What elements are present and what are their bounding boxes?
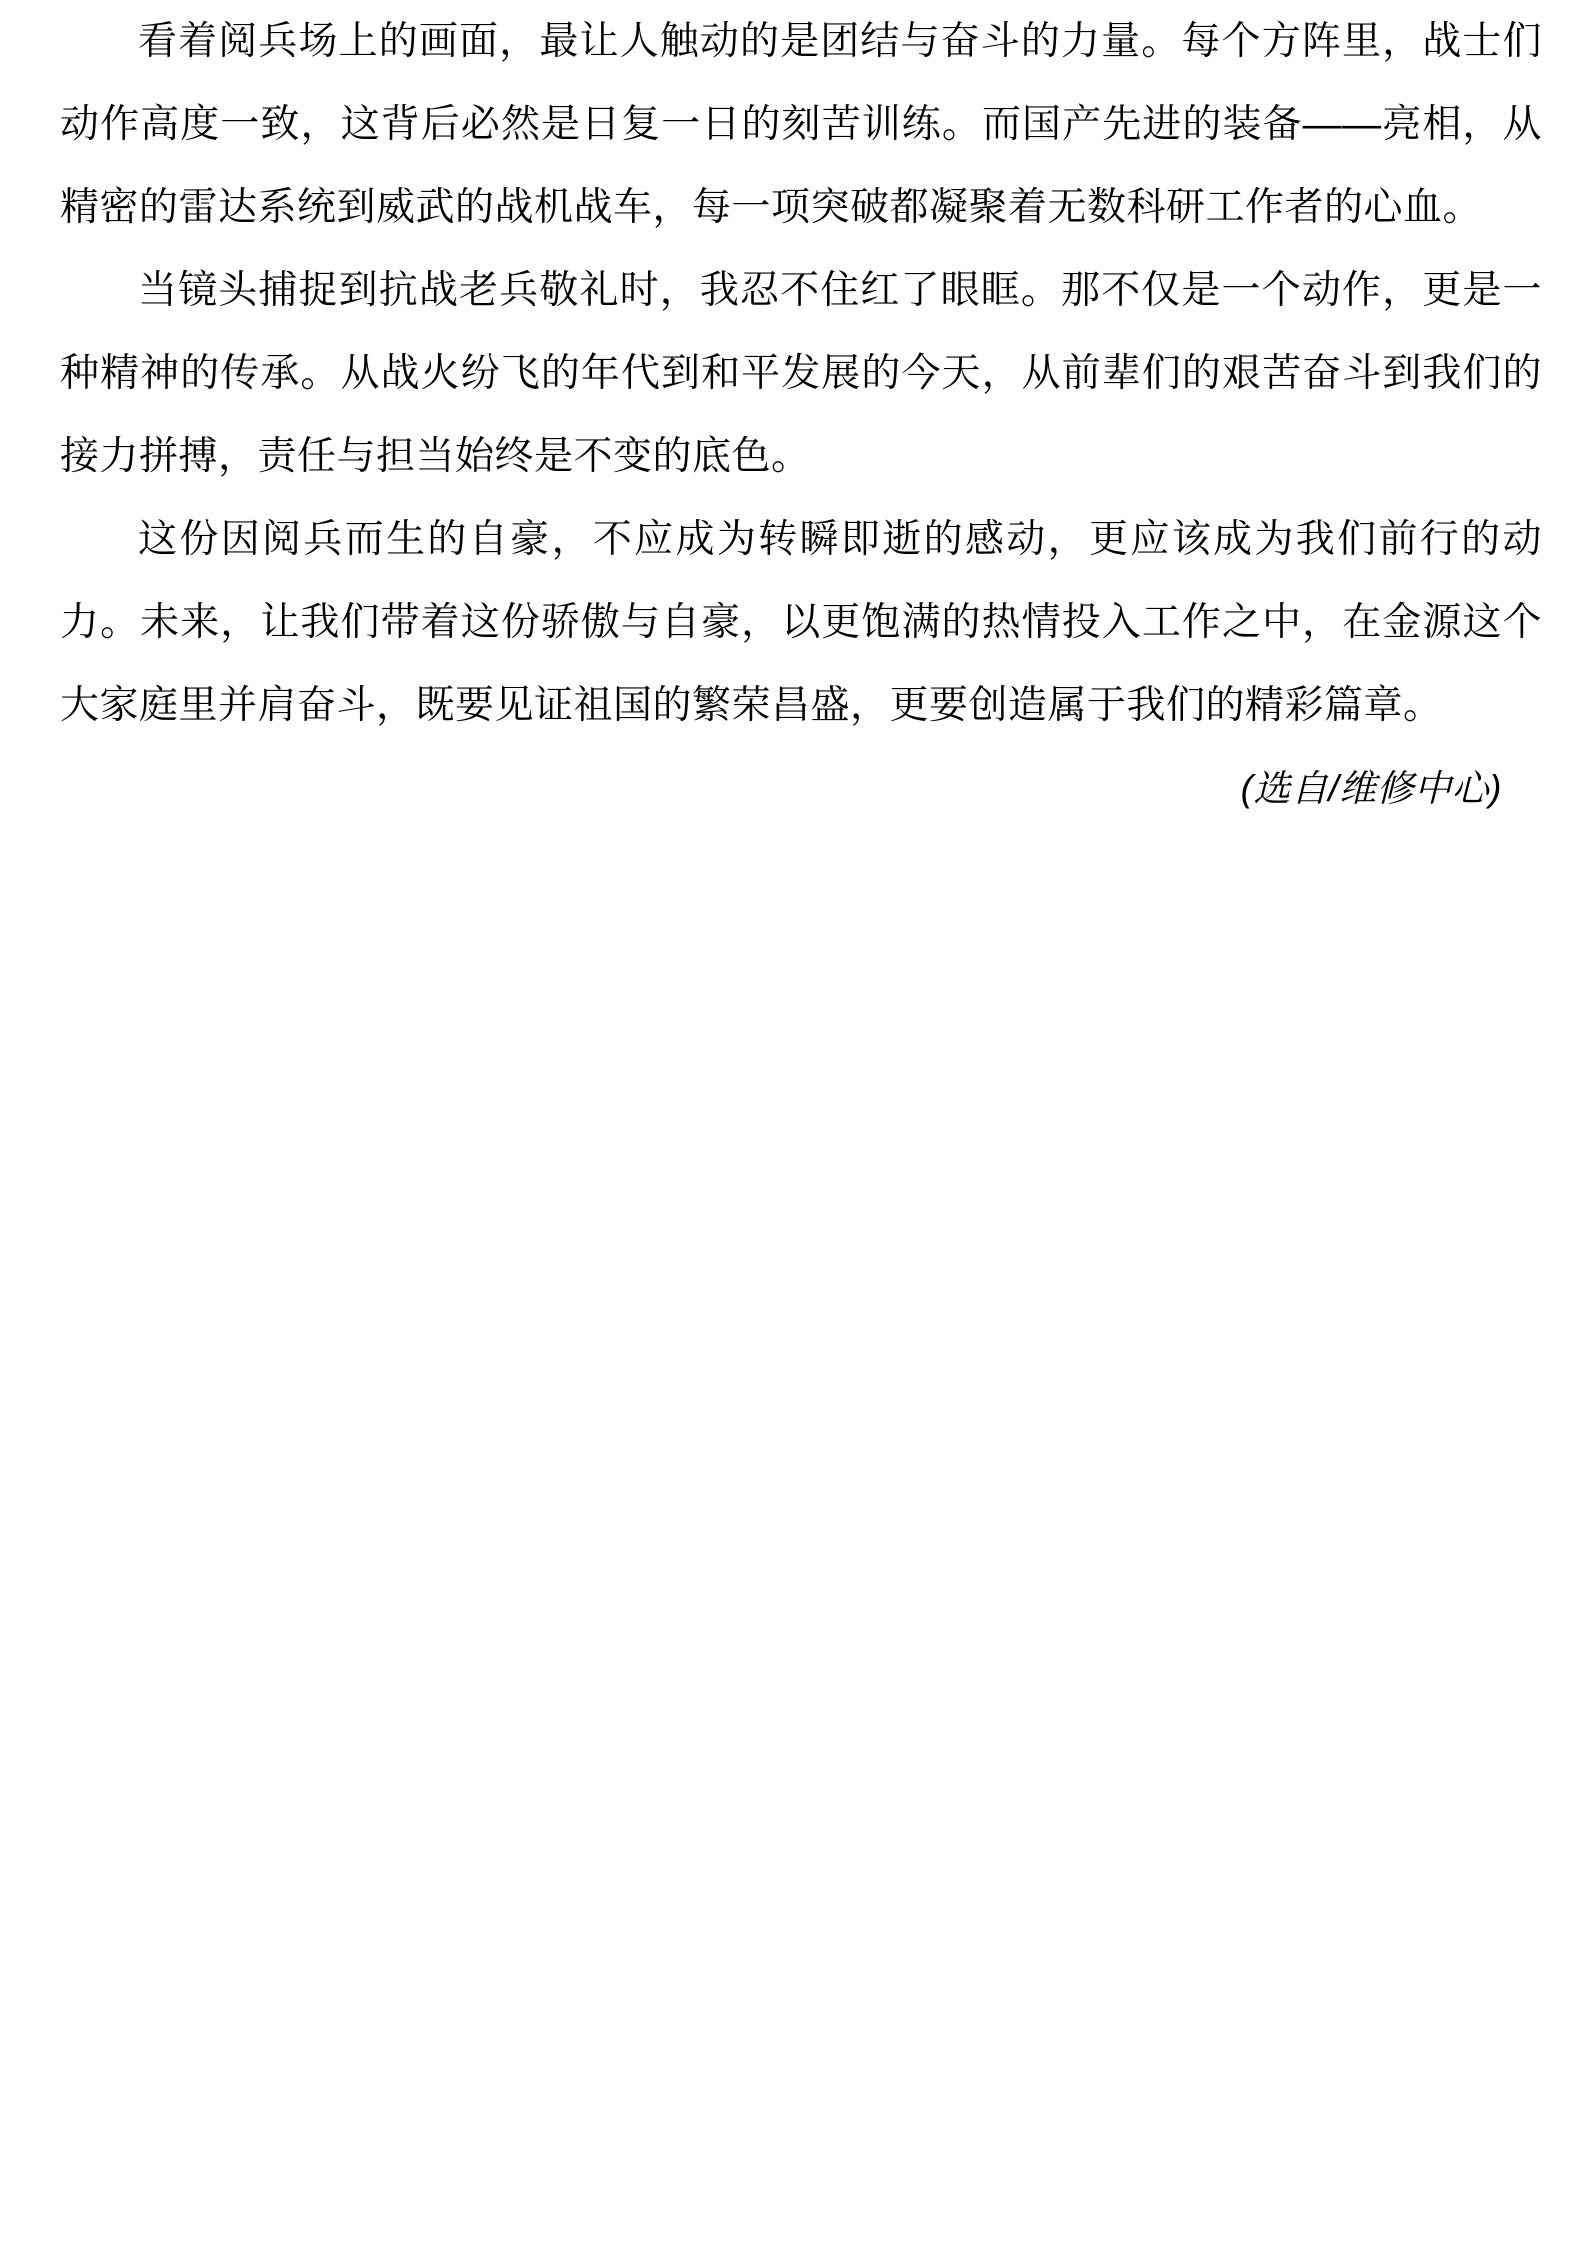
paragraph-1: 看着阅兵场上的画面，最让人触动的是团结与奋斗的力量。每个方阵里，战士们动作高度一… (60, 0, 1542, 249)
paragraph-2: 当镜头捕捉到抗战老兵敬礼时，我忍不住红了眼眶。那不仅是一个动作，更是一种精神的传… (60, 249, 1542, 498)
document-page: 看着阅兵场上的画面，最让人触动的是团结与奋斗的力量。每个方阵里，战士们动作高度一… (0, 0, 1587, 2245)
document-body: 看着阅兵场上的画面，最让人触动的是团结与奋斗的力量。每个方阵里，战士们动作高度一… (60, 0, 1542, 830)
source-attribution: (选自/维修中心) (60, 747, 1542, 830)
paragraph-3: 这份因阅兵而生的自豪，不应成为转瞬即逝的感动，更应该成为我们前行的动力。未来，让… (60, 498, 1542, 747)
